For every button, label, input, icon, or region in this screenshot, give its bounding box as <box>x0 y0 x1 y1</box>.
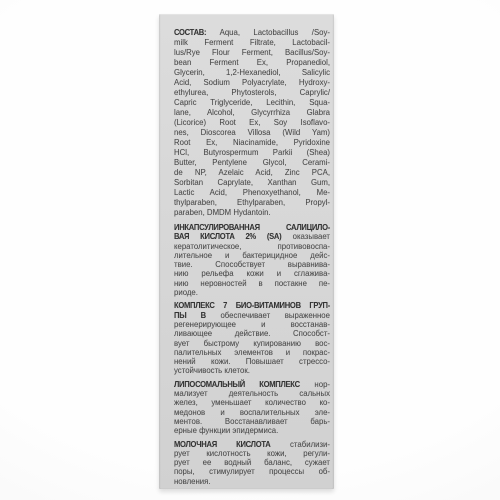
text-line: Capric Triglyceride, Lecithin, Squa- <box>174 97 330 107</box>
text-line: ерные функции эпидермиса. <box>174 426 330 435</box>
text-line: lus/Rye Flour Ferment, Bacillus/Soy- <box>174 47 330 57</box>
text-line: nes, Dioscorea Villosa (Wild Yam) <box>174 127 330 137</box>
body-text: риоде. <box>174 287 198 297</box>
section-b-vitamins-complex: КОМПЛЕКС 7 БИО-ВИТАМИНОВ ГРУП-ПЫ В обесп… <box>174 301 330 375</box>
body-text: Aqua, Lactobacillus /Soy- <box>206 27 330 37</box>
body-text: lane, Alcohol, Glycyrrhiza Glabra <box>174 107 330 117</box>
product-packaging-photo: СОСТАВ: Aqua, Lactobacillus /Soy-milk Fe… <box>0 0 500 500</box>
body-text: ерные функции эпидермиса. <box>174 425 278 435</box>
body-text: bean Ferment Ex, Propanediol, <box>174 57 330 67</box>
text-line: Root Ex, Niacinamide, Pyridoxine <box>174 137 330 147</box>
text-line: СОСТАВ: Aqua, Lactobacillus /Soy- <box>174 27 330 37</box>
text-line: Glycerin, 1,2-Hexanediol, Salicylic <box>174 67 330 77</box>
text-line: Sorbitan Caprylate, Xanthan Gum, <box>174 177 330 187</box>
body-text: новления. <box>174 476 211 486</box>
body-text: Sorbitan Caprylate, Xanthan Gum, <box>174 177 330 187</box>
text-line: риоде. <box>174 288 330 297</box>
body-text: (Licorice) Root Ex, Soy Isoflavo- <box>174 117 330 127</box>
text-line: устойчивость клеток. <box>174 366 330 375</box>
body-text: de NP, Azelaic Acid, Zinc PCA, <box>174 167 330 177</box>
body-text: milk Ferment Filtrate, Lactobacil- <box>174 37 330 47</box>
section-composition: СОСТАВ: Aqua, Lactobacillus /Soy-milk Fe… <box>174 27 330 217</box>
body-text: lus/Rye Flour Ferment, Bacillus/Soy- <box>174 47 330 57</box>
body-text: Capric Triglyceride, Lecithin, Squa- <box>174 97 330 107</box>
body-text: устойчивость клеток. <box>174 365 250 375</box>
body-text: ethylurea, Phytosterols, Caprylic/ <box>174 87 330 97</box>
body-text: Acid, Sodium Polyacrylate, Hydroxy- <box>174 77 330 87</box>
body-text: thylparaben, Ethylparaben, Propyl- <box>174 197 330 207</box>
text-line: milk Ferment Filtrate, Lactobacil- <box>174 37 330 47</box>
text-line: bean Ferment Ex, Propanediol, <box>174 57 330 67</box>
body-text: paraben, DMDM Hydantoin. <box>174 207 271 217</box>
body-text: nes, Dioscorea Villosa (Wild Yam) <box>174 127 330 137</box>
heading-text: СОСТАВ: <box>174 27 206 37</box>
text-line: (Licorice) Root Ex, Soy Isoflavo- <box>174 117 330 127</box>
section-lactic-acid: МОЛОЧНАЯ КИСЛОТА стабилизи-рует кислотно… <box>174 440 330 486</box>
text-line: Lactic Acid, Phenoxyethanol, Me- <box>174 187 330 197</box>
text-line: Butter, Pentylene Glycol, Cerami- <box>174 157 330 167</box>
text-line: HCl, Butyrospermum Parkii (Shea) <box>174 147 330 157</box>
text-line: thylparaben, Ethylparaben, Propyl- <box>174 197 330 207</box>
body-text: Butter, Pentylene Glycol, Cerami- <box>174 157 330 167</box>
body-text: HCl, Butyrospermum Parkii (Shea) <box>174 147 330 157</box>
label-text-column: СОСТАВ: Aqua, Lactobacillus /Soy-milk Fe… <box>174 27 330 486</box>
body-text: Lactic Acid, Phenoxyethanol, Me- <box>174 187 330 197</box>
text-line: lane, Alcohol, Glycyrrhiza Glabra <box>174 107 330 117</box>
package-ingredients-panel: СОСТАВ: Aqua, Lactobacillus /Soy-milk Fe… <box>159 14 334 489</box>
text-line: новления. <box>174 477 330 486</box>
section-salicylic-acid: ИНКАПСУЛИРОВАННАЯ САЛИЦИЛО-ВАЯ КИСЛОТА 2… <box>174 223 330 297</box>
text-line: Acid, Sodium Polyacrylate, Hydroxy- <box>174 77 330 87</box>
text-line: de NP, Azelaic Acid, Zinc PCA, <box>174 167 330 177</box>
body-text: Root Ex, Niacinamide, Pyridoxine <box>174 137 330 147</box>
section-liposomal-complex: ЛИПОСОМАЛЬНЫЙ КОМПЛЕКС нор-мализует деят… <box>174 380 330 436</box>
text-line: paraben, DMDM Hydantoin. <box>174 207 330 217</box>
text-line: ethylurea, Phytosterols, Caprylic/ <box>174 87 330 97</box>
body-text: Glycerin, 1,2-Hexanediol, Salicylic <box>174 67 330 77</box>
